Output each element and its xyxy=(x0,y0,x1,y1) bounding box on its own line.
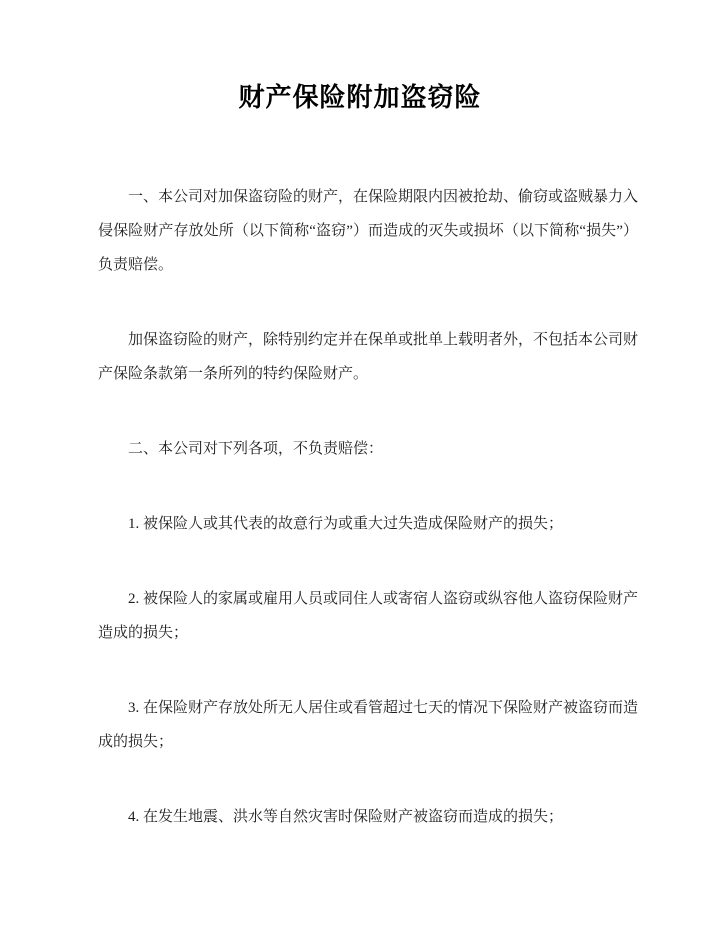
document-title: 财产保险附加盗窃险 xyxy=(0,82,720,112)
clause-2-exclusions-heading: 二、本公司对下列各项，不负责赔偿： xyxy=(98,432,638,466)
clause-1-coverage: 一、本公司对加保盗窃险的财产，在保险期限内因被抢劫、偷窃或盗贼暴力入侵保险财产存… xyxy=(98,180,638,282)
clause-1-scope-note: 加保盗窃险的财产，除特别约定并在保单或批单上载明者外，不包括本公司财产保险条款第… xyxy=(98,323,638,391)
exclusion-item-4: 4. 在发生地震、洪水等自然灾害时保险财产被盗窃而造成的损失； xyxy=(98,800,638,834)
exclusion-item-2: 2. 被保险人的家属或雇用人员或同住人或寄宿人盗窃或纵容他人盗窃保险财产造成的损… xyxy=(98,582,638,650)
document-page: 财产保险附加盗窃险 一、本公司对加保盗窃险的财产，在保险期限内因被抢劫、偷窃或盗… xyxy=(0,0,720,931)
exclusion-item-3: 3. 在保险财产存放处所无人居住或看管超过七天的情况下保险财产被盗窃而造成的损失… xyxy=(98,691,638,759)
document-body: 一、本公司对加保盗窃险的财产，在保险期限内因被抢劫、偷窃或盗贼暴力入侵保险财产存… xyxy=(98,180,638,834)
exclusion-item-1: 1. 被保险人或其代表的故意行为或重大过失造成保险财产的损失； xyxy=(98,507,638,541)
